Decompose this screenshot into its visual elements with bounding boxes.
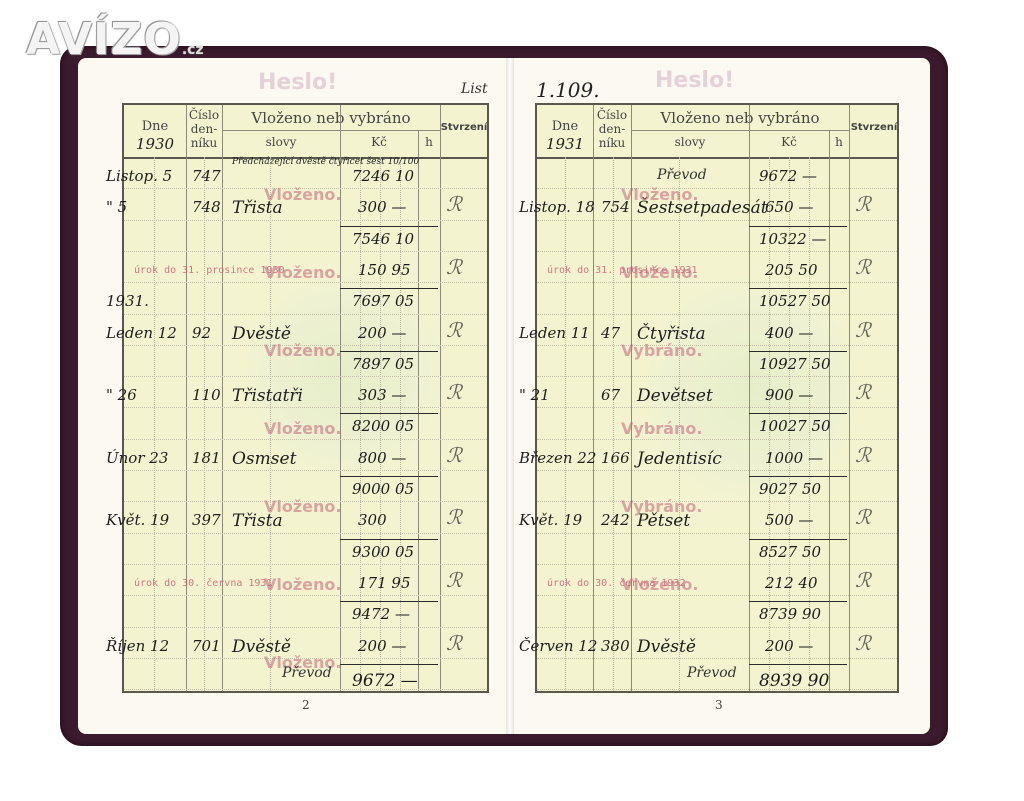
header-h: h [418, 135, 440, 149]
sum-rule [340, 351, 438, 352]
entry-amount: 650 — [765, 198, 813, 216]
entry-date: Listop. 5 [106, 167, 172, 185]
entry-amount: 300 [358, 511, 387, 529]
sum-rule [749, 288, 847, 289]
watermark-suffix: .cz [182, 42, 204, 58]
signature-mark: ℛ [446, 443, 462, 467]
signature-mark: ℛ [855, 318, 871, 342]
header-vlozeno: Vloženo neb vybráno [222, 109, 440, 127]
running-balance: 9672 — [759, 167, 817, 185]
deposit-stamp: Vloženo. [621, 185, 698, 204]
running-balance: 9000 05 [352, 480, 414, 498]
entry-amount: 205 50 [765, 261, 818, 279]
running-balance: 8200 05 [352, 417, 414, 435]
entry-words: Předcházející dvěstě čtyřicet šest 10/10… [232, 157, 419, 167]
signature-mark: ℛ [446, 631, 462, 655]
sum-rule [340, 476, 438, 477]
entry-words: Jedentisíc [637, 449, 722, 469]
entry-date: Březen 22 [519, 449, 596, 467]
entry-date: " 5 [106, 198, 127, 216]
signature-mark: ℛ [446, 192, 462, 216]
interest-stamp: úrok do 31. prosince 1930 [134, 265, 285, 276]
entry-date: Únor 23 [106, 449, 168, 467]
entry-amount: 212 40 [765, 574, 818, 592]
sum-rule [749, 601, 847, 602]
heslo-stamp-left: Heslo! [258, 70, 337, 95]
header-year: 1930 [124, 135, 186, 153]
running-balance: 9027 50 [759, 480, 821, 498]
header-slovy: slovy [222, 135, 340, 149]
running-balance: 10027 50 [759, 417, 831, 435]
sum-rule [340, 288, 438, 289]
deposit-stamp: Vybráno. [621, 341, 702, 360]
entry-date: Leden 12 [106, 324, 177, 342]
sum-rule [340, 664, 438, 665]
header-dne: Dne [537, 119, 593, 134]
deposit-stamp: Vloženo. [264, 419, 341, 438]
sum-rule [340, 413, 438, 414]
entry-amount: 200 — [358, 324, 406, 342]
signature-mark: ℛ [855, 568, 871, 592]
sum-rule [340, 601, 438, 602]
running-balance: 8739 90 [759, 605, 821, 623]
interest-stamp: úrok do 30. června 1931 [134, 578, 272, 589]
header-stvrzeni: Stvrzení [849, 122, 899, 133]
entry-words: Třistatři [232, 386, 303, 406]
header-stvrzeni: Stvrzení [440, 122, 488, 133]
signature-mark: ℛ [446, 568, 462, 592]
header-dne: Dne [124, 119, 186, 134]
header-vlozeno: Vloženo neb vybráno [631, 109, 849, 127]
header-cislo: Číslo den- níku [186, 108, 222, 150]
signature-mark: ℛ [446, 505, 462, 529]
signature-mark: ℛ [855, 631, 871, 655]
entry-date: Říjen 12 [106, 637, 169, 655]
signature-mark: ℛ [855, 255, 871, 279]
entry-date: 1931. [106, 292, 149, 310]
entry-amount: 303 — [358, 386, 406, 404]
running-balance: 9472 — [352, 605, 410, 623]
deposit-stamp: Vybráno. [621, 497, 702, 516]
list-number: 1.109. [536, 78, 600, 102]
deposit-stamp: Vybráno. [621, 419, 702, 438]
deposit-stamp: Vloženo. [264, 185, 341, 204]
deposit-stamp: Vloženo. [264, 575, 341, 594]
header-kc: Kč [749, 135, 829, 149]
sum-rule [340, 226, 438, 227]
header-kc: Kč [340, 135, 418, 149]
transfer-amount: 8939 90 [759, 671, 829, 691]
signature-mark: ℛ [855, 505, 871, 529]
entry-journal-number: 748 [192, 198, 221, 216]
entry-journal-number: 380 [601, 637, 630, 655]
avizo-watermark-logo: AVÍZO.cz [26, 14, 204, 65]
running-balance: 7546 10 [352, 230, 414, 248]
deposit-stamp: Vloženo. [264, 341, 341, 360]
entry-date: Leden 11 [519, 324, 590, 342]
entry-date: " 21 [519, 386, 550, 404]
entry-journal-number: 747 [192, 167, 221, 185]
entry-amount: 500 — [765, 511, 813, 529]
entry-amount: 400 — [765, 324, 813, 342]
header-slovy: slovy [631, 135, 749, 149]
header-cislo: Číslo den- níku [593, 108, 631, 150]
sum-rule [749, 226, 847, 227]
deposit-stamp: Vloženo. [621, 575, 698, 594]
watermark-brand: AVÍZO [26, 14, 182, 65]
entry-date: " 26 [106, 386, 137, 404]
entry-date: Červen 12 [519, 637, 597, 655]
signature-mark: ℛ [855, 380, 871, 404]
book-gutter [506, 58, 514, 734]
running-balance: 7246 10 [352, 167, 414, 185]
header-h: h [829, 135, 849, 149]
sum-rule [749, 539, 847, 540]
transfer-label: Převod [687, 665, 737, 681]
running-balance: 8527 50 [759, 543, 821, 561]
running-balance: 10527 50 [759, 292, 831, 310]
entry-amount: 1000 — [765, 449, 823, 467]
sum-rule [749, 413, 847, 414]
entry-journal-number: 47 [601, 324, 620, 342]
ledger-table-left: Dne 1930 Číslo den- níku Vloženo neb vyb… [122, 103, 489, 693]
entry-journal-number: 110 [192, 386, 221, 404]
header-year: 1931 [537, 135, 593, 153]
signature-mark: ℛ [446, 318, 462, 342]
entry-words: Dvěstě [637, 637, 696, 657]
ledger-header: Dne 1931 Číslo den- níku Vloženo neb vyb… [537, 105, 897, 159]
entry-date: Květ. 19 [106, 511, 169, 529]
entry-journal-number: 166 [601, 449, 630, 467]
transfer-amount: 9672 — [352, 671, 418, 691]
entry-journal-number: 92 [192, 324, 211, 342]
entry-journal-number: 397 [192, 511, 221, 529]
signature-mark: ℛ [446, 380, 462, 404]
entry-amount: 200 — [765, 637, 813, 655]
entry-amount: 300 — [358, 198, 406, 216]
entry-words: Osmset [232, 449, 296, 469]
transfer-label: Převod [282, 665, 332, 681]
entry-date: Květ. 19 [519, 511, 582, 529]
ledger-header: Dne 1930 Číslo den- níku Vloženo neb vyb… [124, 105, 487, 159]
list-label: List [461, 81, 488, 97]
sum-rule [749, 664, 847, 665]
sum-rule [749, 351, 847, 352]
transfer-label: Převod [657, 167, 707, 183]
ledger-table-right: Dne 1931 Číslo den- níku Vloženo neb vyb… [535, 103, 899, 693]
running-balance: 9300 05 [352, 543, 414, 561]
page-number-left: 2 [302, 698, 310, 712]
deposit-stamp: Vloženo. [621, 263, 698, 282]
deposit-stamp: Vloženo. [264, 497, 341, 516]
heslo-stamp-right: Heslo! [655, 68, 734, 93]
running-balance: 10322 — [759, 230, 827, 248]
entry-journal-number: 67 [601, 386, 620, 404]
entry-journal-number: 181 [192, 449, 221, 467]
entry-amount: 900 — [765, 386, 813, 404]
signature-mark: ℛ [855, 443, 871, 467]
entry-amount: 171 95 [358, 574, 411, 592]
entry-amount: 800 — [358, 449, 406, 467]
running-balance: 7897 05 [352, 355, 414, 373]
running-balance: 10927 50 [759, 355, 831, 373]
entry-amount: 150 95 [358, 261, 411, 279]
entry-journal-number: 701 [192, 637, 221, 655]
deposit-stamp: Vloženo. [264, 263, 341, 282]
entry-words: Devětset [637, 386, 713, 406]
entry-date: Listop. 18 [519, 198, 595, 216]
sum-rule [749, 476, 847, 477]
sum-rule [340, 539, 438, 540]
running-balance: 7697 05 [352, 292, 414, 310]
page-number-right: 3 [715, 698, 723, 712]
signature-mark: ℛ [446, 255, 462, 279]
entry-amount: 200 — [358, 637, 406, 655]
signature-mark: ℛ [855, 192, 871, 216]
